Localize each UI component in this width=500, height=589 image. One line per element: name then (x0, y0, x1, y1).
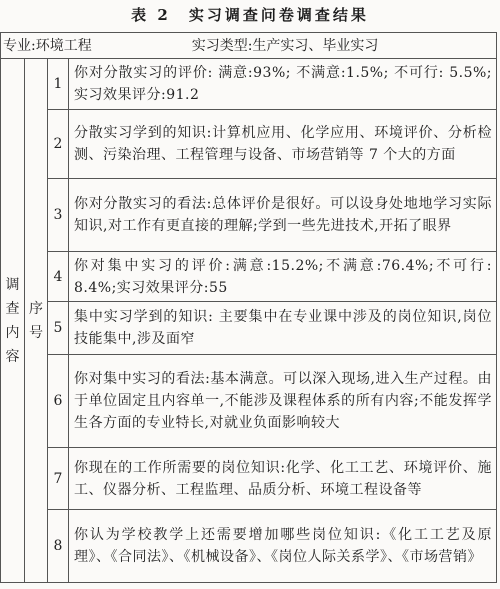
row-content: 你对分散实习的评价: 满意:93%; 不满意:1.5%; 不可行: 5.5%;实… (69, 59, 497, 110)
row-number: 6 (48, 355, 69, 448)
survey-content-label-cell: 调查内容 (1, 59, 25, 583)
table-row: 2 分散实习学到的知识:计算机应用、化学应用、环境评价、分析检测、污染治理、工程… (1, 110, 497, 179)
survey-content-label: 调查内容 (5, 273, 21, 369)
table-title: 表 2 实习调查问卷调查结果 (0, 4, 500, 25)
survey-results-table: 专业:环境工程实习类型:生产实习、毕业实习 调查内容 序号 1 你对分散实习的评… (0, 32, 497, 583)
row-content: 你对分散实习的看法:总体评价是很好。可以设身处地地学习实际知识,对工作有更直接的… (69, 179, 497, 252)
major-label: 专业:环境工程 (3, 38, 92, 54)
row-content: 你现在的工作所需要的岗位知识:化学、化工工艺、环境评价、施工、仪器分析、工程监理… (69, 448, 497, 510)
table-row: 7 你现在的工作所需要的岗位知识:化学、化工工艺、环境评价、施工、仪器分析、工程… (1, 448, 497, 510)
table-row: 4 你对集中实习的评价:满意:15.2%;不满意:76.4%;不可行: 8.4%… (1, 252, 497, 302)
row-content: 分散实习学到的知识:计算机应用、化学应用、环境评价、分析检测、污染治理、工程管理… (69, 110, 497, 179)
table-row: 5 集中实习学到的知识: 主要集中在专业课中涉及的岗位知识,岗位技能集中,涉及面… (1, 302, 497, 355)
index-label-cell: 序号 (25, 59, 48, 583)
row-number: 2 (48, 110, 69, 179)
practice-type-label: 实习类型:生产实习、毕业实习 (192, 38, 379, 54)
row-number: 4 (48, 252, 69, 302)
table-row: 6 你对集中实习的看法:基本满意。可以深入现场,进入生产过程。由于单位固定且内容… (1, 355, 497, 448)
row-content: 你对集中实习的看法:基本满意。可以深入现场,进入生产过程。由于单位固定且内容单一… (69, 355, 497, 448)
header-row: 专业:环境工程实习类型:生产实习、毕业实习 (1, 33, 497, 59)
row-number: 7 (48, 448, 69, 510)
row-content: 你对集中实习的评价:满意:15.2%;不满意:76.4%;不可行: 8.4%;实… (69, 252, 497, 302)
table-row: 3 你对分散实习的看法:总体评价是很好。可以设身处地地学习实际知识,对工作有更直… (1, 179, 497, 252)
row-content: 你认为学校教学上还需要增加哪些岗位知识:《化工工艺及原理》、《合同法》、《机械设… (69, 510, 497, 583)
table-row: 调查内容 序号 1 你对分散实习的评价: 满意:93%; 不满意:1.5%; 不… (1, 59, 497, 110)
header-cell: 专业:环境工程实习类型:生产实习、毕业实习 (1, 33, 497, 59)
row-number: 3 (48, 179, 69, 252)
row-number: 5 (48, 302, 69, 355)
row-number: 8 (48, 510, 69, 583)
row-content: 集中实习学到的知识: 主要集中在专业课中涉及的岗位知识,岗位技能集中,涉及面窄 (69, 302, 497, 355)
row-number: 1 (48, 59, 69, 110)
index-label: 序号 (28, 297, 44, 345)
table-row: 8 你认为学校教学上还需要增加哪些岗位知识:《化工工艺及原理》、《合同法》、《机… (1, 510, 497, 583)
